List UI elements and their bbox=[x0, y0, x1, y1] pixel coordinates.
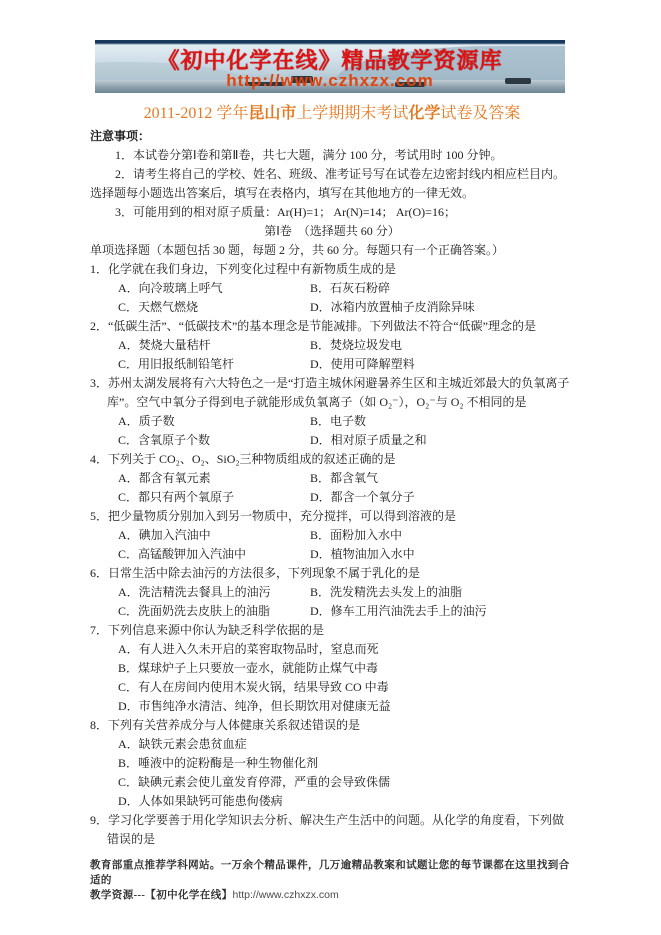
option-d: D．修车工用汽油洗去手上的油污 bbox=[310, 602, 574, 621]
option-c: C．用旧报纸制铅笔杆 bbox=[118, 355, 310, 374]
option-row: A．洗洁精洗去餐具上的油污 B．洗发精洗去头发上的油脂 bbox=[90, 583, 574, 602]
question-6: 6．日常生活中除去油污的方法很多，下列现象不属于乳化的是 A．洗洁精洗去餐具上的… bbox=[90, 564, 574, 621]
question-stem: 3．苏州太湖发展将有六大特色之一是“打造主城休闲避暑养生区和主城近郊最大的负氧离… bbox=[90, 374, 574, 412]
option-c: C．都只有两个氧原子 bbox=[118, 488, 310, 507]
option-c: C．高锰酸钾加入汽油中 bbox=[118, 545, 310, 564]
option-b: B．电子数 bbox=[310, 412, 574, 431]
question-stem: 8．下列有关营养成分与人体健康关系叙述错误的是 bbox=[90, 716, 574, 735]
title-segment: 上学期期末考试 bbox=[296, 105, 408, 122]
option-d: D．相对原子质量之和 bbox=[310, 431, 574, 450]
footer-line-1: 教育部重点推荐学科网站。一万余个精品课件，几万逾精品教案和试题让您的每节课都在这… bbox=[90, 858, 574, 888]
question-stem: 2．“低碳生活”、“低碳技术”的基本理念是节能减排。下列做法不符合“低碳”理念的… bbox=[90, 317, 574, 336]
option-b: B．都含氧气 bbox=[310, 469, 574, 488]
option-row: C．天燃气燃烧 D．冰箱内放置柚子皮消除异味 bbox=[90, 298, 574, 317]
footer-line-2: 教学资源---【初中化学在线】http://www.czhxzx.com bbox=[90, 888, 574, 903]
option-a: A．缺铁元素会患贫血症 bbox=[90, 735, 574, 754]
option-row: C．高锰酸钾加入汽油中 D．植物油加入水中 bbox=[90, 545, 574, 564]
question-5: 5．把少量物质分别加入到另一物质中，充分搅拌，可以得到溶液的是 A．碘加入汽油中… bbox=[90, 507, 574, 564]
question-4: 4．下列关于 CO₂、O₂、SiO₂三种物质组成的叙述正确的是 A．都含有氧元素… bbox=[90, 450, 574, 507]
footer-site-url: http://www.czhxzx.com bbox=[233, 889, 339, 901]
option-a: A．质子数 bbox=[118, 412, 310, 431]
option-b: B．洗发精洗去头发上的油脂 bbox=[310, 583, 574, 602]
title-segment: 2011-2012 学年 bbox=[144, 105, 249, 122]
exam-content: 注意事项： 1．本试卷分第Ⅰ卷和第Ⅱ卷，共七大题，满分 100 分，考试用时 1… bbox=[90, 127, 574, 903]
option-b: B．焚烧垃圾发电 bbox=[310, 336, 574, 355]
option-c: C．缺碘元素会使儿童发育停滞，严重的会导致侏儒 bbox=[90, 773, 574, 792]
question-3: 3．苏州太湖发展将有六大特色之一是“打造主城休闲避暑养生区和主城近郊最大的负氧离… bbox=[90, 374, 574, 450]
question-1: 1．化学就在我们身边，下列变化过程中有新物质生成的是 A．向冷玻璃上呼气 B．石… bbox=[90, 260, 574, 317]
option-row: A．碘加入汽油中 B．面粉加入水中 bbox=[90, 526, 574, 545]
option-d: D．市售纯净水清洁、纯净，但长期饮用对健康无益 bbox=[90, 697, 574, 716]
question-stem: 5．把少量物质分别加入到另一物质中，充分搅拌，可以得到溶液的是 bbox=[90, 507, 574, 526]
option-a: A．碘加入汽油中 bbox=[118, 526, 310, 545]
option-row: C．含氧原子个数 D．相对原子质量之和 bbox=[90, 431, 574, 450]
option-b: B．煤球炉子上只要放一壶水，就能防止煤气中毒 bbox=[90, 659, 574, 678]
option-c: C．洗面奶洗去皮肤上的油脂 bbox=[118, 602, 310, 621]
option-d: D．都含一个氧分子 bbox=[310, 488, 574, 507]
option-a: A．焚烧大量秸杆 bbox=[118, 336, 310, 355]
notice-label: 注意事项： bbox=[90, 127, 574, 146]
option-a: A．都含有氧元素 bbox=[118, 469, 310, 488]
option-c: C．含氧原子个数 bbox=[118, 431, 310, 450]
option-c: C．天燃气燃烧 bbox=[118, 298, 310, 317]
site-banner: 《初中化学在线》精品教学资源库 http://www.czhxzx.com bbox=[95, 40, 565, 93]
title-segment: 试卷及答案 bbox=[440, 105, 520, 122]
option-row: C．洗面奶洗去皮肤上的油脂 D．修车工用汽油洗去手上的油污 bbox=[90, 602, 574, 621]
section-instruction: 单项选择题（本题包括 30 题，每题 2 分，共 60 分。每题只有一个正确答案… bbox=[90, 241, 574, 260]
exam-paper-page: 《初中化学在线》精品教学资源库 http://www.czhxzx.com 20… bbox=[90, 40, 574, 903]
question-9: 9．学习化学要善于用化学知识去分析、解决生产生活中的问题。从化学的角度看，下列做… bbox=[90, 811, 574, 849]
option-row: C．都只有两个氧原子 D．都含一个氧分子 bbox=[90, 488, 574, 507]
volume-heading: 第Ⅰ卷 （选择题共 60 分） bbox=[90, 222, 574, 241]
footer-line-2-text: 教学资源---【初中化学在线】 bbox=[90, 890, 233, 901]
option-d: D．植物油加入水中 bbox=[310, 545, 574, 564]
title-segment: 昆山市 bbox=[248, 105, 296, 122]
option-row: C．用旧报纸制铅笔杆 D．使用可降解塑料 bbox=[90, 355, 574, 374]
page-footer: 教育部重点推荐学科网站。一万余个精品课件，几万逾精品教案和试题让您的每节课都在这… bbox=[90, 858, 574, 903]
option-a: A．有人进入久未开启的菜窖取物品时，窒息而死 bbox=[90, 640, 574, 659]
notice-item-3: 3．可能用到的相对原子质量：Ar(H)=1； Ar(N)=14； Ar(O)=1… bbox=[90, 203, 574, 222]
question-stem: 1．化学就在我们身边，下列变化过程中有新物质生成的是 bbox=[90, 260, 574, 279]
question-8: 8．下列有关营养成分与人体健康关系叙述错误的是 A．缺铁元素会患贫血症 B．唾液… bbox=[90, 716, 574, 811]
option-b: B．唾液中的淀粉酶是一种生物催化剂 bbox=[90, 754, 574, 773]
title-segment: 化学 bbox=[408, 105, 440, 122]
notice-item-1: 1．本试卷分第Ⅰ卷和第Ⅱ卷，共七大题，满分 100 分，考试用时 100 分钟。 bbox=[90, 146, 574, 165]
option-row: A．焚烧大量秸杆 B．焚烧垃圾发电 bbox=[90, 336, 574, 355]
option-b: B．面粉加入水中 bbox=[310, 526, 574, 545]
option-row: A．向冷玻璃上呼气 B．石灰石粉碎 bbox=[90, 279, 574, 298]
banner-site-url: http://www.czhxzx.com bbox=[95, 71, 565, 91]
option-d: D．冰箱内放置柚子皮消除异味 bbox=[310, 298, 574, 317]
question-2: 2．“低碳生活”、“低碳技术”的基本理念是节能减排。下列做法不符合“低碳”理念的… bbox=[90, 317, 574, 374]
option-d: D．使用可降解塑料 bbox=[310, 355, 574, 374]
option-a: A．向冷玻璃上呼气 bbox=[118, 279, 310, 298]
page-title: 2011-2012 学年昆山市上学期期末考试化学试卷及答案 bbox=[90, 100, 574, 123]
question-stem: 7．下列信息来源中你认为缺乏科学依据的是 bbox=[90, 621, 574, 640]
option-row: A．都含有氧元素 B．都含氧气 bbox=[90, 469, 574, 488]
question-stem: 6．日常生活中除去油污的方法很多，下列现象不属于乳化的是 bbox=[90, 564, 574, 583]
option-d: D．人体如果缺钙可能患佝偻病 bbox=[90, 792, 574, 811]
option-b: B．石灰石粉碎 bbox=[310, 279, 574, 298]
notice-item-2: 2．请考生将自己的学校、姓名、班级、准考证号写在试卷左边密封线内相应栏目内。选择… bbox=[90, 165, 574, 203]
question-7: 7．下列信息来源中你认为缺乏科学依据的是 A．有人进入久未开启的菜窖取物品时，窒… bbox=[90, 621, 574, 716]
option-c: C．有人在房间内使用木炭火锅，结果导致 CO 中毒 bbox=[90, 678, 574, 697]
option-a: A．洗洁精洗去餐具上的油污 bbox=[118, 583, 310, 602]
option-row: A．质子数 B．电子数 bbox=[90, 412, 574, 431]
question-stem: 9．学习化学要善于用化学知识去分析、解决生产生活中的问题。从化学的角度看，下列做… bbox=[90, 811, 574, 849]
question-stem: 4．下列关于 CO₂、O₂、SiO₂三种物质组成的叙述正确的是 bbox=[90, 450, 574, 469]
